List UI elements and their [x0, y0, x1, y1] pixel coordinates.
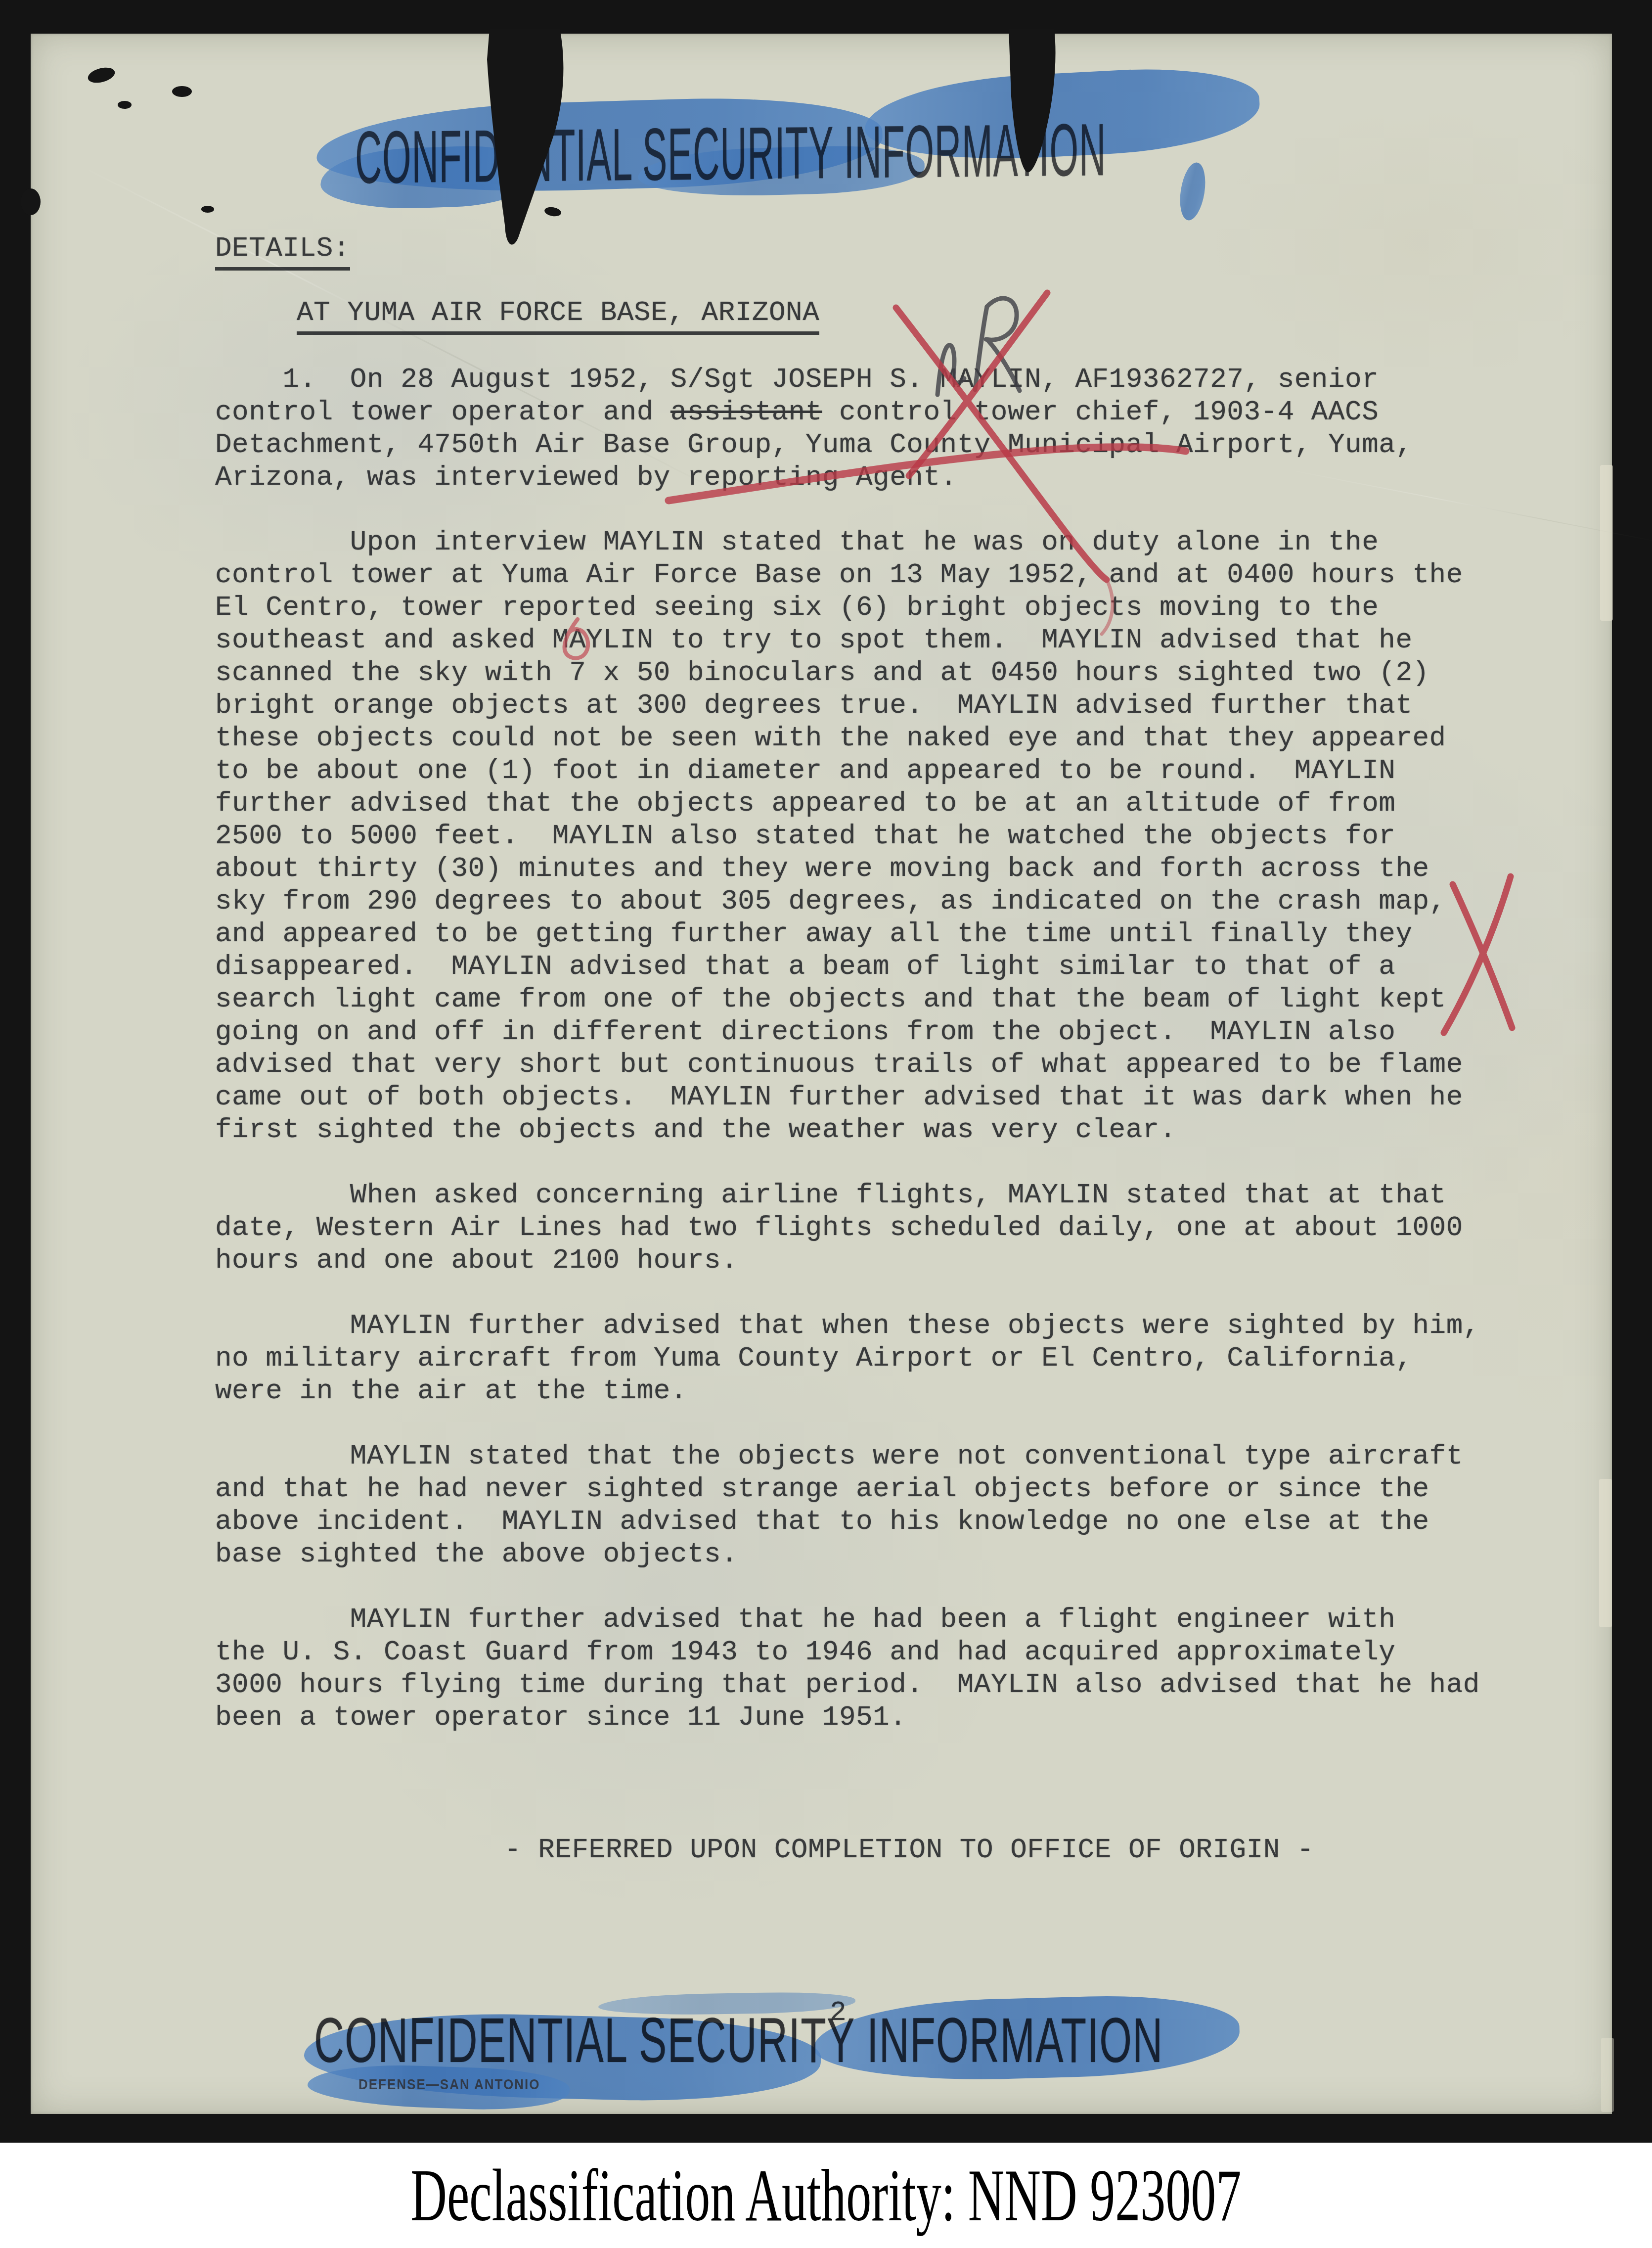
paragraph-4: MAYLIN further advised that when these o…	[215, 1309, 1480, 1407]
section-heading: DETAILS:	[215, 232, 350, 271]
tape-remnant	[1600, 465, 1613, 621]
tape-remnant	[1599, 1479, 1612, 1627]
paragraph-1-line-4: Arizona, was interviewed by reporting Ag…	[215, 461, 1413, 494]
declassification-band: Declassification Authority: NND 923007	[0, 2143, 1652, 2248]
paragraph-5: MAYLIN stated that the objects were not …	[215, 1440, 1463, 1570]
struck-word: assistant	[670, 396, 822, 428]
section-heading-text: DETAILS:	[215, 232, 350, 271]
paragraph-2: Upon interview MAYLIN stated that he was…	[215, 526, 1463, 1146]
paragraph-6: MAYLIN further advised that he had been …	[215, 1603, 1480, 1734]
location-heading: AT YUMA AIR FORCE BASE, ARIZONA	[297, 296, 819, 335]
classification-stamp-bottom: CONFIDENTIAL SECURITY INFORMATION	[314, 2004, 1163, 2077]
referral-line: - REFERRED UPON COMPLETION TO OFFICE OF …	[504, 1834, 1314, 1866]
paragraph-1-line-2: control tower operator and assistant con…	[215, 396, 1413, 428]
page-number: 2	[830, 1996, 847, 2029]
paragraph-1-line-3: Detachment, 4750th Air Base Group, Yuma …	[215, 428, 1413, 461]
location-heading-text: AT YUMA AIR FORCE BASE, ARIZONA	[297, 296, 819, 335]
paragraph-1: 1. On 28 August 1952, S/Sgt JOSEPH S. MA…	[215, 363, 1413, 494]
classification-stamp-top: CONFIDENTIAL SECURITY INFORMATION	[355, 107, 1107, 200]
printer-code: DEFENSE—SAN ANTONIO	[358, 2075, 540, 2093]
scanned-document-page: { "page": { "stamp_top": "CONFIDENTIAL S…	[0, 0, 1652, 2248]
declassification-note: Declassification Authority: NND 923007	[411, 2153, 1242, 2238]
tape-remnant	[1601, 2038, 1614, 2112]
paragraph-3: When asked concerning airline flights, M…	[215, 1179, 1463, 1277]
paragraph-1-line-1: 1. On 28 August 1952, S/Sgt JOSEPH S. MA…	[215, 363, 1413, 396]
